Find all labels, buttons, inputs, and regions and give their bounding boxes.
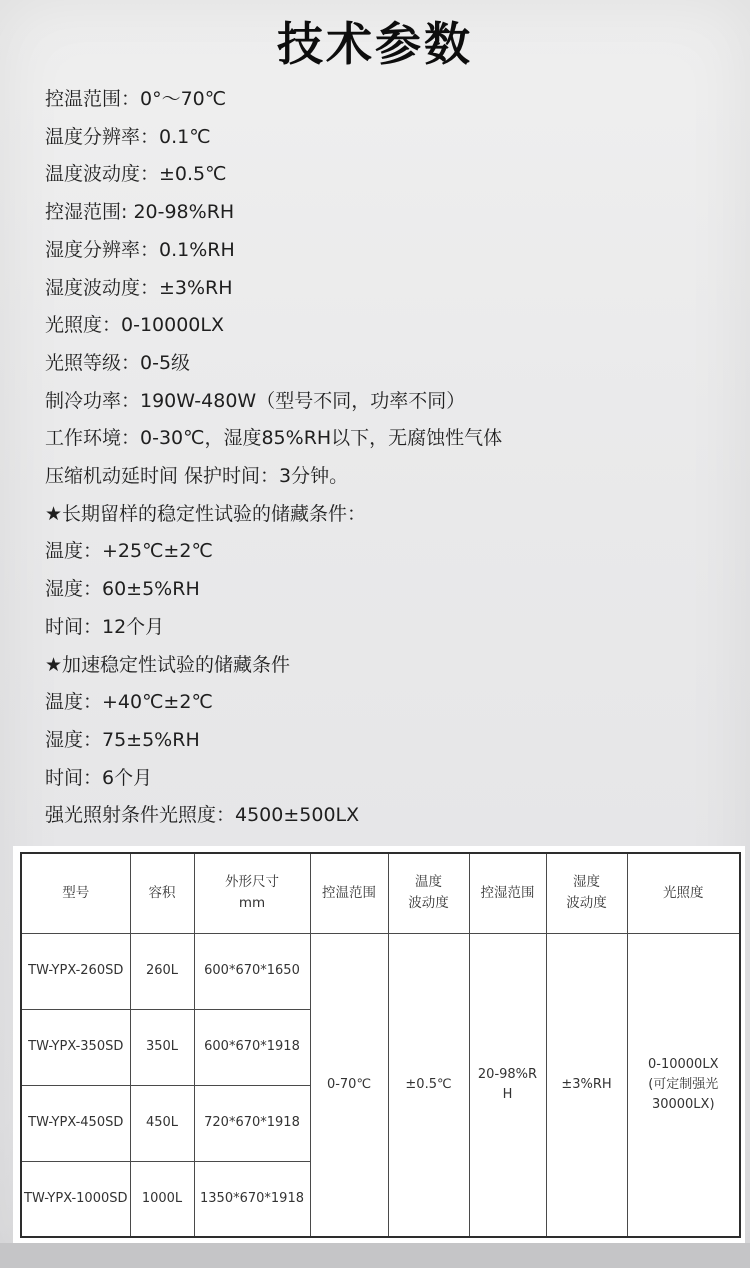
model-table-panel: 型号 容积 外形尺寸 mm 控温范围 温度 波动度 控湿范围 湿度 波动度 光照… (13, 846, 745, 1243)
bottom-strip (0, 1243, 750, 1268)
cell-model: TW-YPX-260SD (21, 933, 130, 1009)
spec-line-working-environment: 工作环境：0-30℃，湿度85%RH以下，无腐蚀性气体 (45, 420, 730, 458)
cell-humidity-range-merged: 20-98%R H (469, 933, 546, 1237)
spec-line-temp-control-range: 控温范围：0°～70℃ (45, 81, 730, 119)
cell-temp-fluctuation-merged: ±0.5℃ (388, 933, 469, 1237)
col-header-capacity: 容积 (130, 853, 194, 933)
cell-humidity-fluctuation-merged: ±3%RH (546, 933, 627, 1237)
col-header-dimensions: 外形尺寸 mm (194, 853, 310, 933)
cell-capacity: 450L (130, 1085, 194, 1161)
spec-line-illuminance: 光照度：0-10000LX (45, 307, 730, 345)
spec-heading-long-term-storage: ★长期留样的稳定性试验的储藏条件： (45, 496, 730, 534)
col-header-humidity-fluctuation: 湿度 波动度 (546, 853, 627, 933)
cell-dimensions: 600*670*1918 (194, 1009, 310, 1085)
cell-illuminance-merged: 0-10000LX (可定制强光 30000LX) (627, 933, 740, 1237)
spec-line-humidity-resolution: 湿度分辨率：0.1%RH (45, 232, 730, 270)
spec-line-cooling-power: 制冷功率：190W-480W（型号不同，功率不同） (45, 383, 730, 421)
spec-line-accelerated-duration: 时间：6个月 (45, 760, 730, 798)
col-header-illuminance: 光照度 (627, 853, 740, 933)
col-header-temp-range: 控温范围 (310, 853, 388, 933)
spec-line-temp-fluctuation: 温度波动度：±0.5℃ (45, 156, 730, 194)
spec-line-humidity-fluctuation: 湿度波动度：±3%RH (45, 270, 730, 308)
cell-capacity: 260L (130, 933, 194, 1009)
col-header-model: 型号 (21, 853, 130, 933)
spec-heading-accelerated-storage: ★加速稳定性试验的储藏条件 (45, 647, 730, 685)
spec-line-accelerated-temp: 温度：+40℃±2℃ (45, 684, 730, 722)
cell-model: TW-YPX-1000SD (21, 1161, 130, 1237)
cell-capacity: 1000L (130, 1161, 194, 1237)
spec-line-longterm-humidity: 湿度：60±5%RH (45, 571, 730, 609)
spec-line-temp-resolution: 温度分辨率：0.1℃ (45, 119, 730, 157)
spec-line-strong-light-illuminance: 强光照射条件光照度：4500±500LX (45, 797, 730, 835)
spec-list: 控温范围：0°～70℃ 温度分辨率：0.1℃ 温度波动度：±0.5℃ 控湿范围:… (45, 81, 730, 835)
spec-line-humidity-control-range: 控湿范围: 20-98%RH (45, 194, 730, 232)
table-header-row: 型号 容积 外形尺寸 mm 控温范围 温度 波动度 控湿范围 湿度 波动度 光照… (21, 853, 740, 933)
spec-line-longterm-temp: 温度：+25℃±2℃ (45, 533, 730, 571)
spec-sheet-page: 技术参数 控温范围：0°～70℃ 温度分辨率：0.1℃ 温度波动度：±0.5℃ … (0, 0, 750, 1268)
cell-capacity: 350L (130, 1009, 194, 1085)
cell-temp-range-merged: 0-70℃ (310, 933, 388, 1237)
cell-model: TW-YPX-350SD (21, 1009, 130, 1085)
spec-line-light-levels: 光照等级：0-5级 (45, 345, 730, 383)
cell-dimensions: 1350*670*1918 (194, 1161, 310, 1237)
table-row: TW-YPX-260SD 260L 600*670*1650 0-70℃ ±0.… (21, 933, 740, 1009)
cell-dimensions: 720*670*1918 (194, 1085, 310, 1161)
model-spec-table: 型号 容积 外形尺寸 mm 控温范围 温度 波动度 控湿范围 湿度 波动度 光照… (20, 852, 741, 1238)
page-title: 技术参数 (0, 8, 750, 74)
col-header-temp-fluctuation: 温度 波动度 (388, 853, 469, 933)
col-header-humidity-range: 控湿范围 (469, 853, 546, 933)
spec-line-longterm-duration: 时间：12个月 (45, 609, 730, 647)
spec-line-accelerated-humidity: 湿度：75±5%RH (45, 722, 730, 760)
spec-line-compressor-delay: 压缩机动延时间 保护时间：3分钟。 (45, 458, 730, 496)
cell-dimensions: 600*670*1650 (194, 933, 310, 1009)
cell-model: TW-YPX-450SD (21, 1085, 130, 1161)
